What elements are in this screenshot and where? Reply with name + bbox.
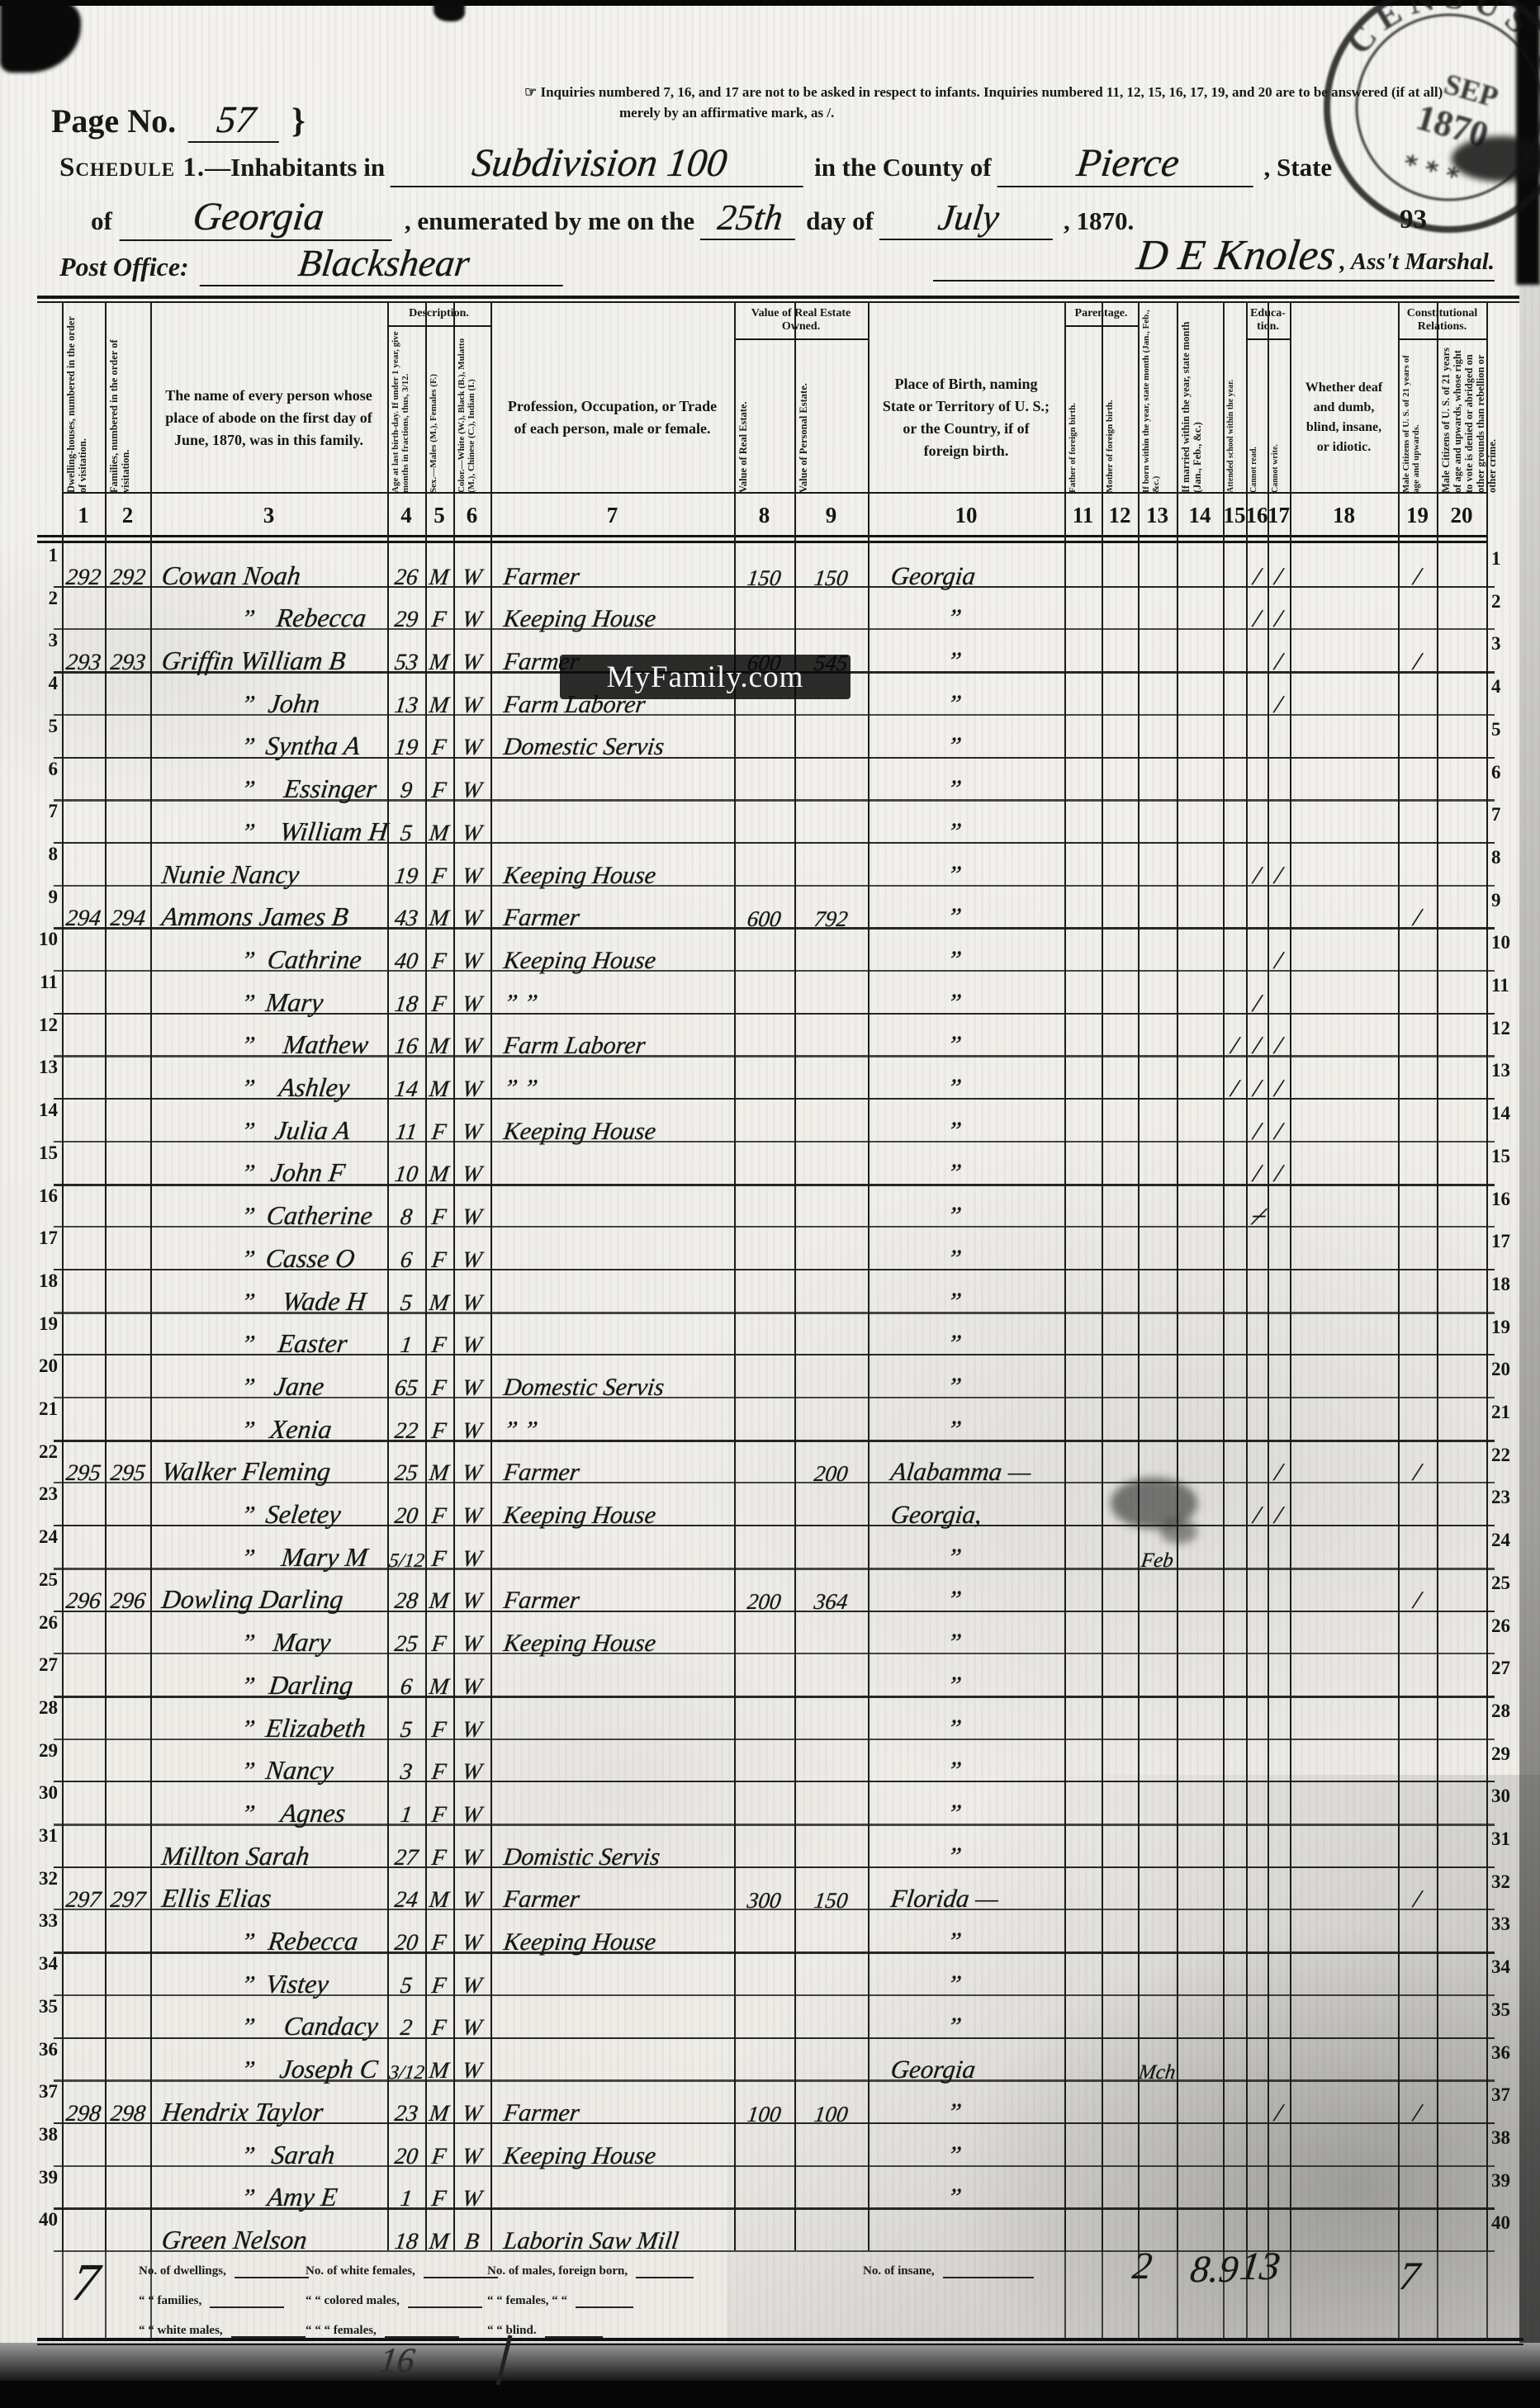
day-value: 25th	[700, 196, 801, 240]
header-note-line1: ☞ Inquiries numbered 7, 16, and 17 are n…	[524, 83, 1507, 103]
cell-birthplace: ”	[868, 2162, 1041, 2213]
cell-personal-estate: 364	[794, 1564, 868, 1616]
cell-cannot-read-tick-text: /	[1252, 1502, 1263, 1530]
footer-hand-value: 13	[1238, 2244, 1283, 2289]
column-line	[62, 302, 64, 2250]
header-note: ☞ Inquiries numbered 7, 16, and 17 are n…	[524, 83, 1507, 123]
row-number-left: 23	[25, 1483, 58, 1505]
column-header-vertical: Male Citizens of U. S. of 21 years of ag…	[1400, 342, 1437, 495]
column-number: 20	[1437, 495, 1486, 535]
row-number-left: 9	[25, 887, 58, 908]
row-number-right: 31	[1491, 1828, 1528, 1850]
header-note-line2: merely by an affirmative mark, as /.	[619, 103, 1507, 124]
subdivision-value: Subdivision 100	[391, 140, 809, 187]
post-office-line: Post Office: Blackshear	[59, 241, 566, 286]
column-line	[734, 302, 736, 2250]
footer-column-line	[105, 2250, 107, 2338]
footer-blank	[943, 2260, 1034, 2278]
column-number: 13	[1138, 495, 1177, 535]
column-number: 9	[794, 495, 868, 535]
column-line	[794, 302, 796, 2250]
footer-blank	[576, 2290, 633, 2308]
row-number-right: 3	[1491, 633, 1528, 655]
row-number-left: 35	[25, 1996, 58, 2018]
cell-occupation: Keeping House	[504, 1905, 734, 1956]
footer-blank	[385, 2320, 459, 2338]
row-number-left: 15	[25, 1142, 58, 1164]
cell-dwelling: 296	[62, 1564, 105, 1616]
row-number-right: 16	[1491, 1189, 1528, 1210]
column-line	[1486, 302, 1488, 2250]
row-number-left: 5	[25, 716, 58, 737]
column-line	[1437, 302, 1438, 2250]
column-header-vertical: Value of Real Estate.	[736, 342, 794, 495]
row-number-left: 17	[25, 1228, 58, 1249]
cell-male-citizen-tick-text: /	[1412, 648, 1423, 676]
row-number-right: 7	[1491, 804, 1528, 826]
cell-cannot-read-tick-text: ⌿	[1249, 1204, 1266, 1231]
marshal-signature: D E Knoles	[1134, 231, 1338, 280]
cell-occupation: Laborin Saw Mill	[504, 2204, 734, 2255]
row-number-left: 1	[25, 545, 58, 566]
column-group-label: Value of Real Estate	[751, 307, 851, 320]
cell-personal-estate-text: 364	[813, 1589, 849, 1615]
footer-label: “ “ colored males,	[306, 2290, 482, 2308]
cell-dwelling-text: 298	[64, 2101, 102, 2127]
cell-personal-estate: 792	[794, 882, 868, 933]
row-number-left: 38	[25, 2124, 58, 2145]
cell-cannot-write-tick-text: /	[1273, 2099, 1284, 2127]
row-number-left: 40	[25, 2209, 58, 2231]
footer-blank	[210, 2290, 284, 2308]
row-number-left: 20	[25, 1355, 58, 1377]
cell-sex-text: M	[428, 2229, 450, 2255]
row-number-left: 4	[25, 673, 58, 694]
cell-cannot-write-tick: /	[1268, 1478, 1290, 1530]
column-header-vertical: Color.—White (W.), Black (B.), Mulatto (…	[455, 329, 490, 495]
cell-male-citizen-tick: /	[1398, 625, 1437, 676]
row-number-left: 11	[25, 972, 58, 993]
cell-male-citizen-tick-text: /	[1412, 1885, 1423, 1914]
column-header-vertical: Families, numbered in the order of visit…	[107, 305, 150, 495]
column-header-vertical: If married within the year, state month …	[1178, 305, 1223, 495]
page-no-value: 57	[188, 97, 285, 143]
row-line	[54, 1354, 1495, 1355]
cell-dwelling: 292	[62, 540, 105, 591]
footer-insane-label: No. of insane,	[863, 2260, 1034, 2278]
cell-family: 296	[105, 1564, 150, 1616]
column-number: 4	[387, 495, 425, 535]
row-number-right: 1	[1491, 548, 1528, 570]
cell-personal-estate-text: 100	[813, 2102, 849, 2127]
column-header-vertical: Age at last birth-day. If under 1 year, …	[389, 329, 425, 495]
row-number-right: 30	[1491, 1786, 1528, 1807]
footer-label: No. of dwellings,	[139, 2260, 309, 2278]
column-number: 17	[1268, 495, 1290, 535]
column-number: 15	[1223, 495, 1246, 535]
cell-cannot-write-tick: /	[1268, 1138, 1290, 1189]
cell-name-text: Green Nelson	[160, 2225, 309, 2255]
row-number-right: 17	[1491, 1231, 1528, 1252]
footer-hand-value: 8.9	[1188, 2247, 1241, 2291]
cell-cannot-write-tick: /	[1268, 924, 1290, 975]
row-number-left: 34	[25, 1953, 58, 1975]
cell-cannot-write-tick-text: /	[1273, 1160, 1284, 1188]
cell-occupation-text: Keeping House	[502, 1502, 657, 1530]
cell-male-citizen-tick-text: /	[1412, 563, 1423, 591]
row-number-right: 23	[1491, 1487, 1528, 1508]
row-number-right: 11	[1491, 975, 1528, 996]
row-number-right: 9	[1491, 890, 1528, 911]
row-number-left: 13	[25, 1057, 58, 1078]
cell-personal-estate: 150	[794, 1863, 868, 1914]
cell-male-citizen-tick: /	[1398, 2076, 1437, 2127]
cell-real-estate: 150	[734, 540, 794, 591]
post-office-value: Blackshear	[199, 241, 568, 286]
footer-column-line	[62, 2250, 64, 2338]
cell-male-citizen-tick-text: /	[1412, 1587, 1423, 1615]
cell-cannot-read-tick: /	[1246, 839, 1268, 890]
row-number-right: 13	[1491, 1060, 1528, 1081]
ink-smudge-small	[1160, 1519, 1197, 1544]
column-number: 16	[1246, 495, 1268, 535]
column-number: 18	[1290, 495, 1398, 535]
cell-occupation: Keeping House	[504, 1607, 734, 1658]
cell-male-citizen-tick: /	[1398, 1863, 1437, 1914]
cell-cannot-read-tick-text: /	[1252, 605, 1263, 633]
cell-male-citizen-tick-text: /	[1412, 2099, 1423, 2127]
cell-dwelling-text: 295	[64, 1460, 102, 1487]
column-group-header: Value of Real EstateOwned.	[734, 302, 868, 340]
county-label: in the County of	[814, 153, 991, 182]
cell-family-text: 297	[109, 1887, 147, 1914]
row-number-right: 34	[1491, 1956, 1528, 1978]
row-number-left: 22	[25, 1441, 58, 1463]
cell-family: 298	[105, 2076, 150, 2127]
cell-cannot-write-tick: /	[1268, 2076, 1290, 2127]
column-header-vertical: Cannot write.	[1269, 342, 1290, 495]
schedule-line: Schedule 1. —Inhabitants in Subdivision …	[59, 140, 1496, 187]
row-number-left: 32	[25, 1868, 58, 1890]
cell-dwelling-text: 293	[64, 650, 102, 676]
watermark: MyFamily.com	[560, 655, 851, 699]
footer-blank	[636, 2260, 694, 2278]
cell-cannot-write-tick-text: /	[1273, 947, 1284, 975]
column-line	[150, 302, 152, 2250]
row-number-left: 30	[25, 1782, 58, 1804]
row-number-left: 31	[25, 1825, 58, 1847]
cell-real-estate: 100	[734, 2076, 794, 2127]
column-line	[1398, 302, 1400, 2250]
cell-family-text: 298	[109, 2101, 147, 2127]
cell-cannot-read-tick: ⌿	[1246, 1180, 1268, 1232]
row-number-right: 25	[1491, 1573, 1528, 1594]
cell-real-estate-text: 100	[746, 2102, 782, 2127]
cell-cannot-write-tick: /	[1268, 668, 1290, 719]
row-number-left: 37	[25, 2081, 58, 2103]
column-group-header: Educa-tion.	[1246, 302, 1290, 340]
cell-dwelling-text: 296	[64, 1588, 102, 1615]
row-number-left: 2	[25, 588, 58, 609]
column-header: The name of every person whose place of …	[150, 352, 387, 484]
row-number-right: 20	[1491, 1359, 1528, 1380]
cell-family: 293	[105, 625, 150, 676]
column-header-vertical: Dwelling-houses, numbered in the order o…	[64, 305, 105, 495]
column-group-label: Parentage.	[1075, 307, 1128, 320]
row-line	[54, 1312, 1495, 1314]
cell-dwelling-text: 294	[64, 906, 102, 932]
column-group-label: Description.	[409, 307, 469, 320]
column-line	[1138, 302, 1140, 2250]
row-number-left: 16	[25, 1185, 58, 1207]
footer-label: No. of males, foreign born,	[487, 2260, 694, 2278]
cell-age: 18	[387, 2204, 425, 2255]
column-group-label: Constitutional	[1407, 307, 1478, 320]
cell-personal-estate-text: 200	[813, 1461, 849, 1487]
row-number-right: 21	[1491, 1402, 1528, 1423]
schedule-label: Schedule 1.	[59, 153, 205, 183]
cell-occupation-text: Domestic Servis	[502, 733, 666, 761]
column-group-header: Parentage.	[1064, 302, 1138, 327]
cell-personal-estate-text: 792	[813, 906, 849, 932]
cell-age-text: 18	[393, 2229, 419, 2255]
column-number: 10	[868, 495, 1064, 535]
row-number-right: 33	[1491, 1914, 1528, 1935]
enumerated-label: , enumerated by me on the	[405, 206, 694, 236]
column-group-label: Educa-	[1250, 307, 1286, 320]
cell-personal-estate: 150	[794, 540, 868, 591]
column-group-label: tion.	[1257, 320, 1279, 334]
cell-real-estate-text: 300	[746, 1888, 782, 1914]
cell-month-born: Mch	[1138, 2034, 1177, 2085]
row-number-right: 35	[1491, 1999, 1528, 2021]
row-number-right: 32	[1491, 1871, 1528, 1893]
column-header-vertical: Attended school within the year.	[1225, 305, 1246, 495]
column-header-vertical: Male Citizens of U. S. of 21 years of ag…	[1438, 342, 1486, 495]
state-suffix: , State	[1264, 153, 1333, 182]
row-number-right: 39	[1491, 2170, 1528, 2192]
row-number-right: 8	[1491, 847, 1528, 868]
cell-dwelling: 297	[62, 1863, 105, 1914]
cell-male-citizen-tick: /	[1398, 1436, 1437, 1488]
cell-occupation-text: Laborin Saw Mill	[502, 2227, 680, 2255]
column-number: 1	[62, 495, 105, 535]
cell-dwelling-text: 297	[64, 1887, 102, 1914]
column-header-vertical: Value of Personal Estate.	[796, 342, 868, 495]
footer-rule-b	[37, 2344, 1523, 2345]
footer-label: “ “ females, “ “	[487, 2290, 633, 2308]
cell-male-citizen-tick: /	[1398, 882, 1437, 933]
cell-occupation: Domestic Servis	[504, 711, 734, 762]
cell-month-born-text: Mch	[1138, 2061, 1178, 2084]
row-number-left: 18	[25, 1270, 58, 1292]
cell-personal-estate: 200	[794, 1436, 868, 1488]
cell-cannot-read-tick: /	[1246, 1478, 1268, 1530]
row-number-left: 33	[25, 1910, 58, 1932]
row-number-left: 7	[25, 801, 58, 822]
cell-cannot-write-tick-text: /	[1273, 691, 1284, 719]
row-number-left: 10	[25, 929, 58, 950]
row-number-left: 3	[25, 630, 58, 651]
row-number-right: 40	[1491, 2212, 1528, 2234]
row-number-right: 6	[1491, 762, 1528, 783]
row-number-right: 10	[1491, 932, 1528, 953]
footer-label: “ “ families,	[139, 2290, 284, 2308]
row-number-left: 39	[25, 2167, 58, 2188]
column-line	[1064, 302, 1066, 2250]
cell-dwelling: 293	[62, 625, 105, 676]
column-header-vertical: If born within the year, state month (Ja…	[1140, 305, 1177, 495]
cell-family: 292	[105, 540, 150, 591]
row-number-left: 24	[25, 1526, 58, 1548]
column-line	[1223, 302, 1225, 2250]
column-line	[1102, 302, 1103, 2250]
column-number: 7	[490, 495, 734, 535]
cell-family-text: 294	[109, 906, 147, 932]
row-number-left: 6	[25, 759, 58, 780]
row-number-left: 14	[25, 1100, 58, 1121]
footer-label: “ “ “ females,	[306, 2320, 459, 2338]
cell-occupation: Keeping House	[504, 2119, 734, 2170]
column-number: 8	[734, 495, 794, 535]
cell-dwelling: 298	[62, 2076, 105, 2127]
cell-real-estate-text: 200	[746, 1589, 782, 1615]
of-label: of	[91, 206, 112, 236]
cell-male-citizen-tick-text: /	[1412, 1459, 1423, 1487]
footer-rule-a	[37, 2338, 1523, 2341]
cell-male-citizen-tick: /	[1398, 540, 1437, 591]
row-number-left: 28	[25, 1697, 58, 1719]
row-number-right: 18	[1491, 1274, 1528, 1295]
cell-cannot-read-tick-text: /	[1252, 862, 1263, 890]
column-number: 3	[150, 495, 387, 535]
row-number-right: 28	[1491, 1701, 1528, 1722]
column-line	[490, 302, 492, 2250]
row-number-right: 2	[1491, 591, 1528, 613]
cell-family-text: 296	[109, 1588, 147, 1615]
inhabitants-label: —Inhabitants in	[205, 153, 385, 182]
marshal-signature-line: D E Knoles , Ass't Marshal.	[933, 231, 1495, 281]
row-number-right: 26	[1491, 1616, 1528, 1637]
cell-sex: M	[425, 2204, 453, 2255]
column-header-vertical: Cannot read.	[1248, 342, 1268, 495]
column-number: 5	[425, 495, 453, 535]
cell-real-estate: 300	[734, 1863, 794, 1914]
cell-occupation-text: Keeping House	[502, 1928, 657, 1956]
cell-family: 295	[105, 1436, 150, 1488]
row-number-left: 27	[25, 1654, 58, 1676]
row-number-left: 21	[25, 1398, 58, 1420]
cell-attended-school-tick: /	[1223, 1052, 1246, 1103]
cell-occupation-text: Keeping House	[502, 1630, 657, 1658]
cell-male-citizen-tick: /	[1398, 1564, 1437, 1616]
cell-name: Green Nelson	[162, 2204, 366, 2255]
footer-blank	[231, 2320, 306, 2338]
cell-birthplace-text: ”	[945, 2183, 964, 2212]
day-label: day of	[806, 206, 874, 236]
column-group-label: Owned.	[782, 320, 820, 334]
cell-real-estate: 200	[734, 1564, 794, 1616]
watermark-text: MyFamily.com	[607, 660, 804, 695]
footer-column-line	[1102, 2250, 1103, 2338]
row-number-left: 26	[25, 1612, 58, 1634]
cell-real-estate-text: 150	[746, 565, 782, 591]
row-number-right: 22	[1491, 1445, 1528, 1466]
row-number-left: 29	[25, 1740, 58, 1762]
footer-label: No. of white females,	[306, 2260, 498, 2278]
row-line	[54, 2037, 1495, 2039]
film-mark-top	[434, 0, 465, 21]
column-header: Profession, Occupation, or Trade of each…	[490, 352, 734, 484]
film-edge-top	[0, 0, 1540, 6]
cell-color: B	[453, 2204, 490, 2255]
cell-real-estate: 600	[734, 882, 794, 933]
page-no-line: Page No. 57 }	[51, 97, 306, 143]
footer-blank	[408, 2290, 482, 2308]
state-value: Georgia	[119, 194, 397, 241]
column-group-header: ConstitutionalRelations.	[1398, 302, 1486, 340]
county-value: Pierce	[997, 140, 1258, 187]
row-number-right: 37	[1491, 2084, 1528, 2106]
census-page-scan: CENSUS O SEP 1870 * * * Page No. 57 } ☞ …	[0, 0, 1540, 2408]
row-number-left: 12	[25, 1015, 58, 1036]
footer-column-line	[1177, 2250, 1178, 2338]
cell-dwelling: 294	[62, 882, 105, 933]
footer-blank	[545, 2320, 603, 2338]
column-header: Place of Birth, naming State or Territor…	[868, 352, 1064, 484]
footer-column-line	[1437, 2250, 1438, 2338]
cell-male-citizen-tick-text: /	[1412, 904, 1423, 932]
film-edge-bottom	[0, 2381, 1540, 2408]
row-number-right: 4	[1491, 676, 1528, 698]
column-header-vertical: Father of foreign birth.	[1066, 329, 1102, 495]
table-rule-top	[37, 296, 1519, 299]
cell-family: 294	[105, 882, 150, 933]
cell-attended-school-tick-text: /	[1230, 1075, 1240, 1103]
cell-occupation: Keeping House	[504, 1478, 734, 1530]
footer-label: “ “ white males,	[139, 2320, 306, 2338]
row-number-left: 25	[25, 1569, 58, 1591]
row-number-left: 19	[25, 1313, 58, 1335]
cell-month-born-text: Feb	[1140, 1549, 1174, 1573]
row-number-left: 36	[25, 2039, 58, 2060]
row-number-right: 38	[1491, 2127, 1528, 2149]
cell-family-text: 295	[109, 1460, 147, 1487]
column-line	[105, 302, 107, 2250]
post-office-label: Post Office:	[59, 252, 189, 282]
row-number-right: 36	[1491, 2042, 1528, 2064]
row-number-right: 29	[1491, 1743, 1528, 1765]
column-number: 14	[1177, 495, 1223, 535]
page-no-label: Page No.	[51, 102, 176, 140]
column-group-label: Relations.	[1418, 320, 1467, 334]
column-header-vertical: Mother of foreign birth.	[1103, 329, 1138, 495]
row-number-right: 14	[1491, 1103, 1528, 1124]
row-number-right: 12	[1491, 1018, 1528, 1039]
cell-cannot-write-tick: /	[1268, 839, 1290, 890]
cell-personal-estate-text: 150	[813, 565, 849, 591]
column-number: 12	[1102, 495, 1138, 535]
cell-family-text: 293	[109, 650, 147, 676]
cell-occupation-text: Keeping House	[502, 1118, 657, 1146]
column-number: 6	[453, 495, 490, 535]
row-number-right: 5	[1491, 719, 1528, 740]
column-number: 19	[1398, 495, 1437, 535]
footer-label: “ “ blind.	[487, 2320, 603, 2338]
cell-family: 297	[105, 1863, 150, 1914]
column-number: 2	[105, 495, 150, 535]
bottom-mark-16: 16	[377, 2341, 417, 2381]
